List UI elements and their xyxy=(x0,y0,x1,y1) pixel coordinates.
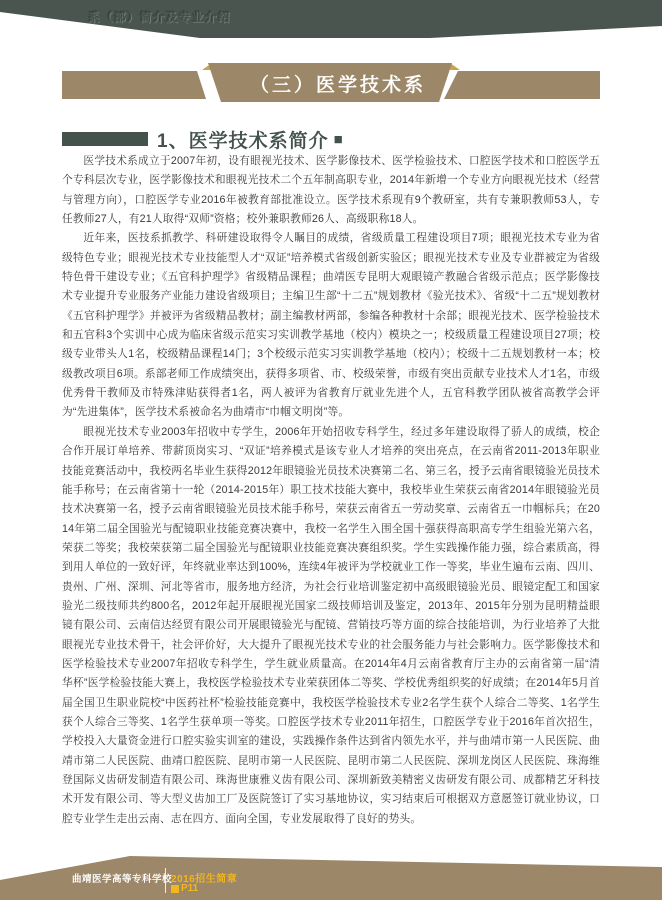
footer-page-number: P11 xyxy=(181,883,198,894)
chapter-title-banner: （三）医学技术系 xyxy=(62,63,600,102)
banner-left-bar xyxy=(62,71,207,99)
section-body: 医学技术系成立于2007年初，设有眼视光技术、医学影像技术、医学检验技术、口腔医… xyxy=(62,152,600,829)
brochure-page: 系（部）简介及专业介绍 （三）医学技术系 1、 医学技术系简介 ■ 医学技术系成… xyxy=(0,0,662,900)
paragraph: 近年来，医技系抓教学、科研建设取得令人瞩目的成绩，省级质量工程建设项目7项；眼视… xyxy=(62,229,600,422)
section-number: 1、 xyxy=(157,126,189,153)
footer-band: 曲靖医学高等专科学校 2016招生简章 P11 xyxy=(0,850,662,900)
footer-page-row: P11 xyxy=(171,883,198,894)
chapter-title: （三）医学技术系 xyxy=(236,70,426,97)
page-square-icon xyxy=(171,885,179,893)
footer-school-name: 曲靖医学高等专科学校 xyxy=(72,871,172,885)
paragraph: 医学技术系成立于2007年初，设有眼视光技术、医学影像技术、医学检验技术、口腔医… xyxy=(62,152,600,229)
section-heading: 1、 医学技术系简介 ■ xyxy=(62,128,343,150)
paragraph: 眼视光技术专业2003年招收中专学生，2006年开始招收专科学生，经过多年建设取… xyxy=(62,423,600,829)
heading-end-square-icon: ■ xyxy=(334,132,343,147)
heading-lead-bar xyxy=(62,132,148,146)
section-title: 医学技术系简介 xyxy=(189,126,329,153)
running-header: 系（部）简介及专业介绍 xyxy=(88,9,231,25)
footer-divider xyxy=(165,868,166,893)
